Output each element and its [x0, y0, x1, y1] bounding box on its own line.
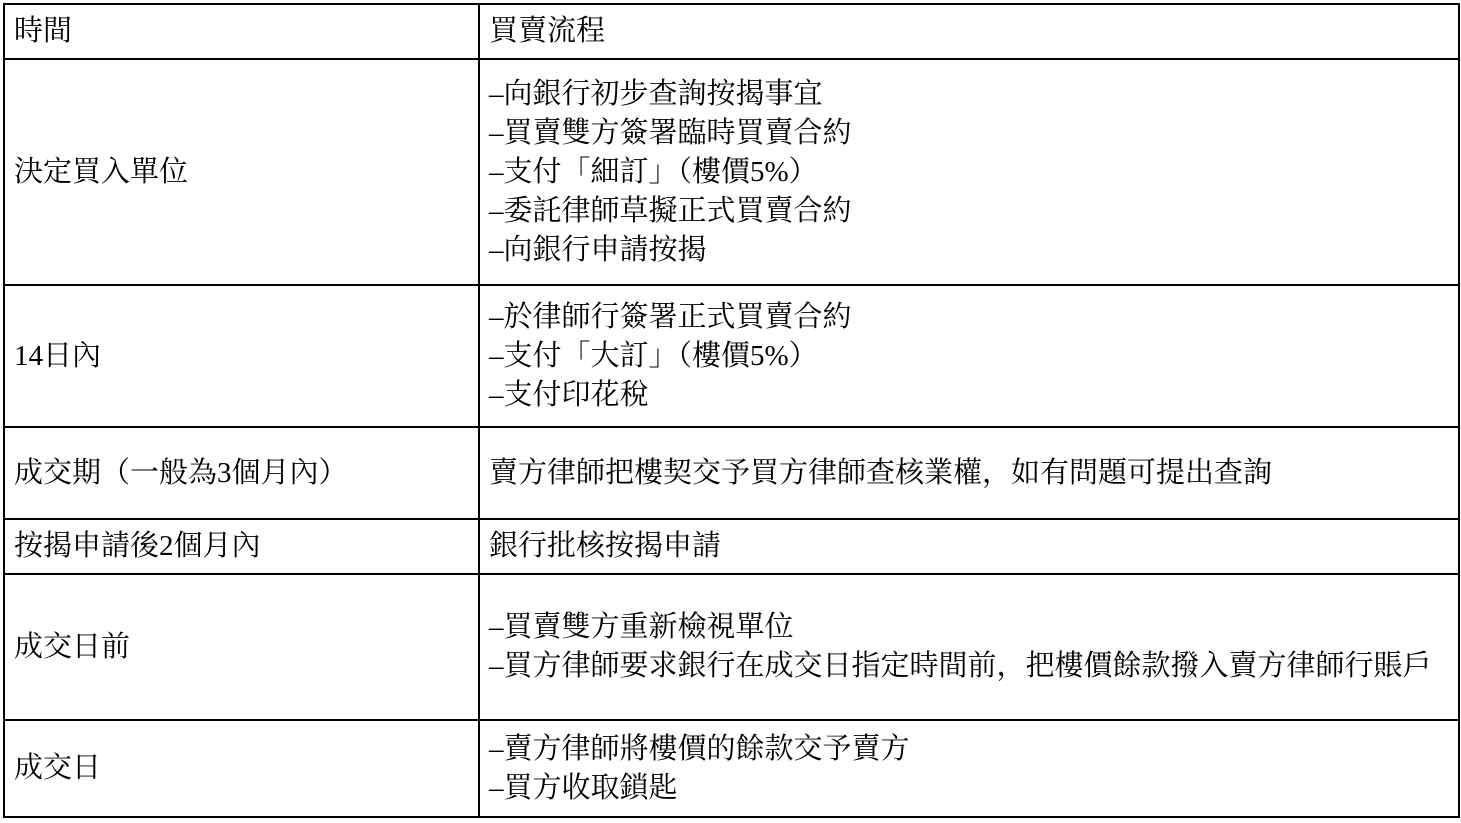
time-cell: 成交期（一般為3個月內）: [4, 427, 479, 519]
steps-cell: –買賣雙方重新檢視單位 –買方律師要求銀行在成交日指定時間前，把樓價餘款撥入賣方…: [479, 574, 1459, 720]
step-line: –向銀行初步查詢按揭事宜: [489, 75, 1448, 114]
time-cell: 按揭申請後2個月內: [4, 519, 479, 574]
step-line: –買方收取鎖匙: [489, 769, 1448, 808]
table-row: 按揭申請後2個月內 銀行批核按揭申請: [4, 519, 1459, 574]
time-cell: 14日內: [4, 285, 479, 427]
table-row: 成交期（一般為3個月內） 賣方律師把樓契交予買方律師查核業權，如有問題可提出查詢: [4, 427, 1459, 519]
step-line: 賣方律師把樓契交予買方律師查核業權，如有問題可提出查詢: [489, 454, 1448, 493]
col-header-process: 買賣流程: [479, 4, 1459, 59]
table-row: 14日內 –於律師行簽署正式買賣合約 –支付「大訂」（樓價5%） –支付印花稅: [4, 285, 1459, 427]
steps-cell: –賣方律師將樓價的餘款交予賣方 –買方收取鎖匙: [479, 720, 1459, 817]
steps-cell: 賣方律師把樓契交予買方律師查核業權，如有問題可提出查詢: [479, 427, 1459, 519]
table-row: 成交日 –賣方律師將樓價的餘款交予賣方 –買方收取鎖匙: [4, 720, 1459, 817]
step-line: –支付印花稅: [489, 376, 1448, 415]
step-line: –向銀行申請按揭: [489, 231, 1448, 270]
steps-cell: –向銀行初步查詢按揭事宜 –買賣雙方簽署臨時買賣合約 –支付「細訂」（樓價5%）…: [479, 59, 1459, 285]
table-header-row: 時間 買賣流程: [4, 4, 1459, 59]
step-line: 銀行批核按揭申請: [489, 527, 1448, 566]
step-line: –買賣雙方簽署臨時買賣合約: [489, 114, 1448, 153]
time-cell: 成交日前: [4, 574, 479, 720]
step-line: –委託律師草擬正式買賣合約: [489, 192, 1448, 231]
property-purchase-process-table: 時間 買賣流程 決定買入單位 –向銀行初步查詢按揭事宜 –買賣雙方簽署臨時買賣合…: [3, 3, 1460, 818]
steps-cell: –於律師行簽署正式買賣合約 –支付「大訂」（樓價5%） –支付印花稅: [479, 285, 1459, 427]
time-cell: 成交日: [4, 720, 479, 817]
step-line: –支付「大訂」（樓價5%）: [489, 337, 1448, 376]
document-page: 時間 買賣流程 決定買入單位 –向銀行初步查詢按揭事宜 –買賣雙方簽署臨時買賣合…: [0, 0, 1461, 823]
step-line: –於律師行簽署正式買賣合約: [489, 298, 1448, 337]
time-cell: 決定買入單位: [4, 59, 479, 285]
step-line: –買賣雙方重新檢視單位: [489, 608, 1448, 647]
steps-cell: 銀行批核按揭申請: [479, 519, 1459, 574]
table-row: 成交日前 –買賣雙方重新檢視單位 –買方律師要求銀行在成交日指定時間前，把樓價餘…: [4, 574, 1459, 720]
step-line: –買方律師要求銀行在成交日指定時間前，把樓價餘款撥入賣方律師行賬戶: [489, 647, 1448, 686]
step-line: –支付「細訂」（樓價5%）: [489, 153, 1448, 192]
col-header-time: 時間: [4, 4, 479, 59]
step-line: –賣方律師將樓價的餘款交予賣方: [489, 730, 1448, 769]
table-row: 決定買入單位 –向銀行初步查詢按揭事宜 –買賣雙方簽署臨時買賣合約 –支付「細訂…: [4, 59, 1459, 285]
